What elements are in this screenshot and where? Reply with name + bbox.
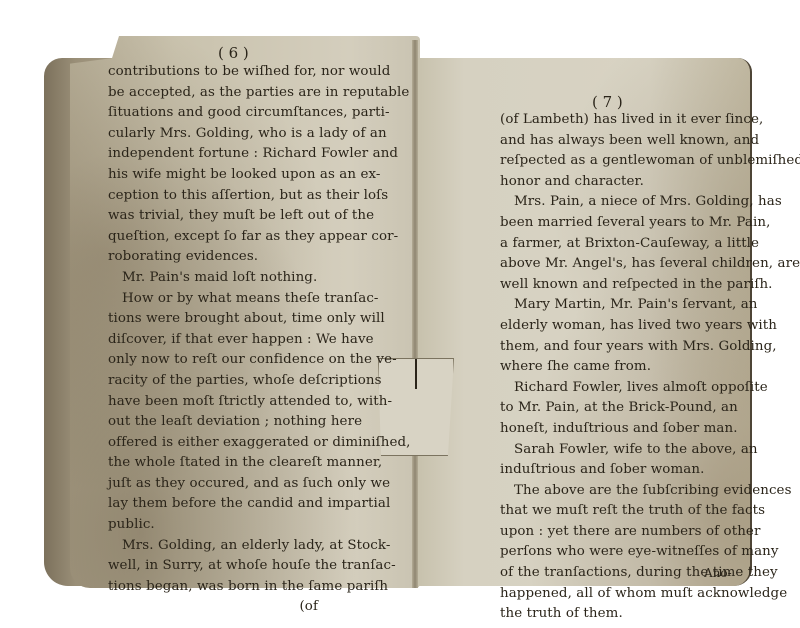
text-line: of the tranſactions, during the time the… <box>500 563 736 584</box>
open-book: ( 6 ) ( 7 ) contributions to be wiſhed f… <box>0 0 800 628</box>
text-line: out the leaſt deviation ; nothing here <box>108 412 318 433</box>
text-line: reſpected as a gentlewoman of unblemiſhe… <box>500 151 736 172</box>
catchword-left: (of <box>108 597 318 618</box>
text-line: roborating evidences. <box>108 247 318 268</box>
text-line: diſcover, if that ever happen : We have <box>108 330 318 351</box>
text-line: happened, all of whom muſt acknowledge <box>500 584 736 605</box>
page-number-left: ( 6 ) <box>218 44 249 62</box>
text-line: independent fortune : Richard Fowler and <box>108 144 318 165</box>
text-line: the truth of them. <box>500 604 736 625</box>
text-line: How or by what means theſe tranſac- <box>108 289 318 310</box>
text-line: the whole ſtated in the cleareſt manner, <box>108 453 318 474</box>
text-line: tions were brought about, time only will <box>108 309 318 330</box>
text-line: (of Lambeth) has lived in it ever ſince, <box>500 110 736 131</box>
text-line: was trivial, they muſt be left out of th… <box>108 206 318 227</box>
text-line: lay them before the candid and impartial <box>108 494 318 515</box>
text-line: to Mr. Pain, at the Brick-Pound, an <box>500 398 736 419</box>
catchword-right: Ano- <box>704 566 732 580</box>
text-line: above Mr. Angel's, has ſeveral children,… <box>500 254 736 275</box>
text-line: his wife might be looked upon as an ex- <box>108 165 318 186</box>
text-line: honeſt, induſtrious and ſober man. <box>500 419 736 440</box>
text-line: only now to reſt our confidence on the v… <box>108 350 318 371</box>
text-line: have been moſt ſtrictly attended to, wit… <box>108 392 318 413</box>
text-line: perſons who were eye-witneſſes of many <box>500 542 736 563</box>
text-line: Mary Martin, Mr. Pain's ſervant, an <box>500 295 736 316</box>
text-line: offered is either exaggerated or diminiſ… <box>108 433 318 454</box>
text-line: induſtrious and ſober woman. <box>500 460 736 481</box>
left-page-text: contributions to be wiſhed for, nor woul… <box>108 62 318 618</box>
text-line: queſtion, except ſo far as they appear c… <box>108 227 318 248</box>
text-line: Mr. Pain's maid loſt nothing. <box>108 268 318 289</box>
text-line: racity of the parties, whoſe deſcription… <box>108 371 318 392</box>
text-line: well known and reſpected in the pariſh. <box>500 275 736 296</box>
text-line: tions began, was born in the ſame pariſh <box>108 577 318 598</box>
text-line: The above are the ſubſcribing evidences <box>500 481 736 502</box>
text-line: and has always been well known, and <box>500 131 736 152</box>
text-line: be accepted, as the parties are in reput… <box>108 83 318 104</box>
text-line: where ſhe came from. <box>500 357 736 378</box>
text-line: well, in Surry, at whoſe houſe the tranſ… <box>108 556 318 577</box>
text-line: a farmer, at Brixton-Cauſeway, a little <box>500 234 736 255</box>
book-gutter <box>412 40 418 588</box>
text-line: that we muſt reſt the truth of the facts <box>500 501 736 522</box>
text-line: juſt as they occured, and as ſuch only w… <box>108 474 318 495</box>
text-line: public. <box>108 515 318 536</box>
right-page-text: (of Lambeth) has lived in it ever ſince,… <box>500 110 736 625</box>
text-line: cularly Mrs. Golding, who is a lady of a… <box>108 124 318 145</box>
text-line: elderly woman, has lived two years with <box>500 316 736 337</box>
text-line: Mrs. Pain, a niece of Mrs. Golding, has <box>500 192 736 213</box>
text-line: contributions to be wiſhed for, nor woul… <box>108 62 318 83</box>
page-number-right: ( 7 ) <box>592 93 623 111</box>
text-line: honor and character. <box>500 172 736 193</box>
text-line: ception to this aſſertion, but as their … <box>108 186 318 207</box>
text-line: upon : yet there are numbers of other <box>500 522 736 543</box>
text-line: Richard Fowler, lives almoſt oppoſite <box>500 378 736 399</box>
text-line: been married ſeveral years to Mr. Pain, <box>500 213 736 234</box>
text-line: Sarah Fowler, wife to the above, an <box>500 440 736 461</box>
text-line: ſituations and good circumſtances, parti… <box>108 103 318 124</box>
text-line: Mrs. Golding, an elderly lady, at Stock- <box>108 536 318 557</box>
text-line: them, and four years with Mrs. Golding, <box>500 337 736 358</box>
